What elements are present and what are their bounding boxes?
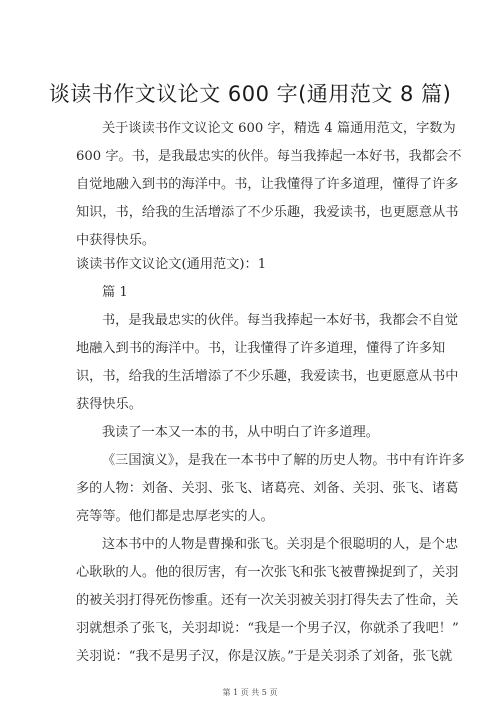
text-line: 关于谈读书作文议论文 600 字，精选 4 篇通用范文，字数为 xyxy=(102,120,426,138)
text-line: 羽就想杀了张飞，关羽却说：“我是一个男子汉，你就杀了我吧！” xyxy=(76,620,426,638)
document-title: 谈读书作文议论文 600 字(通用范文 8 篇) xyxy=(0,78,500,108)
text-line: 关羽说：“我不是男子汉，你是汉族。”于是关羽杀了刘备，张飞就 xyxy=(76,648,426,666)
text-line: 中获得快乐。 xyxy=(76,232,426,250)
text-line: 书，是我最忠实的伙伴。每当我捧起一本好书，我都会不自觉 xyxy=(102,312,426,330)
text-line: 谈读书作文议论文(通用范文)：1 xyxy=(76,256,426,274)
text-line: 知识，书，给我的生活增添了不少乐趣，我爱读书，也更愿意从书 xyxy=(76,204,426,222)
text-line: 600 字。书，是我最忠实的伙伴。每当我捧起一本好书，我都会不 xyxy=(76,148,426,166)
text-line: 获得快乐。 xyxy=(76,396,426,414)
page-footer: 第 1 页 共 5 页 xyxy=(0,687,500,698)
text-line: 这本书中的人物是曹操和张飞。关羽是个很聪明的人，是个忠 xyxy=(102,536,426,554)
text-line: 篇 1 xyxy=(102,284,426,302)
text-line: 《三国演义》，是我在一本书中了解的历史人物。书中有许许多 xyxy=(102,452,426,470)
text-line: 心耿耿的人。他的很厉害，有一次张飞和张飞被曹操捉到了，关羽 xyxy=(76,564,426,582)
text-line: 的被关羽打得死伤惨重。还有一次关羽被关羽打得失去了性命，关 xyxy=(76,592,426,610)
text-line: 多的人物：刘备、关羽、张飞、诸葛亮、刘备、关羽、张飞、诸葛 xyxy=(76,480,426,498)
text-line: 识，书，给我的生活增添了不少乐趣，我爱读书，也更愿意从书中 xyxy=(76,368,426,386)
text-line: 亮等等。他们都是忠厚老实的人。 xyxy=(76,508,426,526)
text-line: 地融入到书的海洋中。书，让我懂得了许多道理，懂得了许多知 xyxy=(76,340,426,358)
text-line: 自觉地融入到书的海洋中。书，让我懂得了许多道理，懂得了许多 xyxy=(76,176,426,194)
text-line: 我读了一本又一本的书，从中明白了许多道理。 xyxy=(102,424,426,442)
